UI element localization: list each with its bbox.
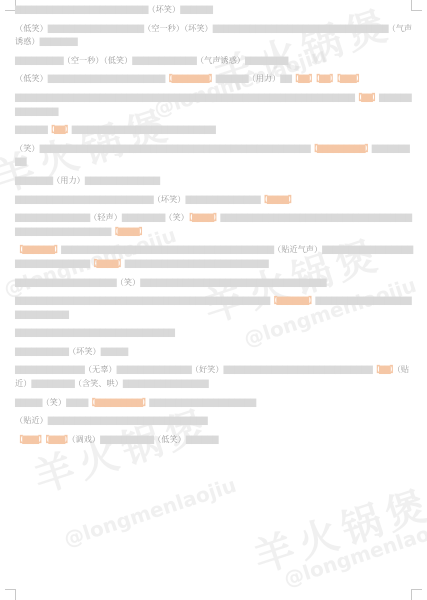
dialogue-line-redacted: ▇▇▇▇▇▇ [216, 73, 248, 83]
stage-direction: （用力） [248, 73, 281, 83]
stage-direction: （笑） [164, 212, 189, 222]
stage-direction: （无辜） [84, 364, 117, 374]
dialogue-line-redacted: ▇▇▇▇▇▇▇▇▇▇▇▇▇ [303, 364, 372, 374]
script-paragraph: ▇▇▇▇▇▇▇▇▇▇▇▇▇▇（轻声）▇▇▇▇▇▇▇▇（笑）【▇▇▇▇】▇▇▇▇▇… [15, 211, 413, 238]
dialogue-line-redacted: ▇▇▇▇▇ [26, 175, 52, 185]
dialogue-line-redacted: ▇▇▇▇▇▇▇▇▇▇▇▇▇▇▇▇▇▇▇▇▇▇▇▇▇ [15, 4, 147, 14]
stage-direction: （坏笑） [68, 346, 101, 356]
stage-direction-redacted: ▇▇ [15, 175, 26, 185]
dialogue-line-redacted: ▇▇▇▇▇ [15, 397, 41, 407]
stage-direction-redacted: ▇▇▇▇ [282, 364, 303, 374]
stage-direction: （气声诱惑） [196, 55, 245, 65]
sound-effect-tag-redacted: 【▇▇▇▇▇▇】 [269, 295, 315, 305]
page-corner-mark [5, 589, 16, 600]
dialogue-line-redacted: ▇▇▇▇▇▇▇▇ [245, 55, 287, 65]
dialogue-line-redacted: ▇▇▇▇▇▇▇▇▇▇▇▇▇▇▇▇▇▇▇▇▇▇▇▇▇▇▇▇▇▇▇▇▇▇▇▇▇▇▇▇… [15, 295, 269, 305]
dialogue-line-redacted: ▇▇▇▇▇▇▇▇▇▇▇▇▇▇▇▇▇▇▇ [15, 277, 116, 287]
stage-direction: （含笑、哄） [74, 378, 123, 388]
dialogue-line-redacted: ▇▇▇▇▇▇▇▇▇ [15, 55, 63, 65]
dialogue-line-redacted: ▇▇▇▇▇▇ [15, 124, 47, 134]
sound-effect-tag-redacted: 【▇▇▇▇▇▇▇▇▇】 [310, 143, 372, 153]
dialogue-line-redacted: ▇▇▇▇▇▇▇▇▇▇▇▇▇▇▇▇▇▇▇ [73, 327, 174, 337]
stage-direction-redacted: ▇▇▇▇ [15, 194, 36, 204]
stage-direction: （笑） [116, 277, 141, 287]
dialogue-line-redacted: ▇▇▇▇▇ [138, 73, 164, 83]
stage-direction: （用力） [52, 175, 85, 185]
sound-effect-tag-redacted: 【▇▇】 [354, 92, 379, 102]
dialogue-line-redacted: ▇▇▇▇▇▇▇▇▇▇▇▇▇▇▇▇▇▇▇▇▇▇▇▇▇▇▇▇▇▇▇▇▇ [213, 23, 388, 33]
stage-direction: （调戏） [71, 434, 100, 444]
stage-direction-redacted: ▇▇▇▇▇▇▇▇ [15, 92, 57, 102]
stage-direction: （坏笑） [153, 194, 186, 204]
stage-direction: （轻声） [89, 212, 122, 222]
sound-effect-tag-redacted: 【▇▇▇▇】 [110, 226, 146, 236]
script-paragraph: ▇▇▇▇▇▇▇▇▇▇▇▇▇▇▇▇▇▇▇▇▇▇▇▇▇▇▇▇▇▇▇▇▇▇▇▇▇▇▇▇… [15, 91, 413, 118]
script-paragraph: （贴近）▇▇▇▇▇▇▇▇▇▇▇▇▇▇▇▇▇▇▇▇▇▇▇▇▇▇▇▇▇▇ [15, 414, 413, 428]
dialogue-line-redacted: ▇▇▇▇▇▇▇▇▇▇▇▇▇▇▇▇▇▇▇▇▇▇▇▇▇▇▇▇▇▇▇▇▇▇▇ [140, 277, 325, 287]
stage-direction-redacted: ▇▇▇▇▇▇ [223, 397, 255, 407]
script-paragraph: ▇▇▇▇▇▇▇▇▇▇▇▇▇▇▇▇▇▇▇▇▇▇▇▇▇▇▇▇▇▇▇▇▇▇▇▇▇▇▇▇… [15, 294, 413, 321]
page-corner-mark [411, 589, 422, 600]
dialogue-line-redacted: ▇▇▇▇ [61, 244, 82, 254]
dialogue-line-redacted: ▇▇▇▇▇▇▇▇▇▇▇▇▇ [15, 364, 84, 374]
dialogue-line-redacted: ▇▇▇▇▇▇▇▇▇▇▇▇▇▇▇▇▇▇▇▇▇▇ [36, 194, 153, 204]
stage-direction-redacted: ▇▇▇▇▇▇ [82, 244, 114, 254]
dialogue-line-redacted: ▇▇▇▇▇▇▇▇▇▇▇▇▇▇▇▇▇▇▇▇▇▇▇▇▇▇▇▇▇▇▇▇▇▇▇▇▇▇▇▇… [57, 92, 354, 102]
dialogue-line-redacted: ▇▇▇▇▇▇▇▇▇▇ [100, 434, 153, 444]
dialogue-line-redacted: ▇▇▇▇▇▇ [186, 434, 218, 444]
stage-direction-redacted: ▇▇ [106, 415, 117, 425]
dialogue-line-redacted: ▇▇▇▇▇▇▇▇▇▇▇▇▇▇ [149, 397, 223, 407]
dialogue-line-redacted: ▇▇▇▇▇▇▇▇▇▇▇ [48, 415, 106, 425]
script-paragraph: ▇▇▇▇▇▇▇▇▇▇▇▇▇▇▇▇▇▇▇（笑）▇▇▇▇▇▇▇▇▇▇▇▇▇▇▇▇▇▇… [15, 276, 413, 290]
sound-effect-tag-redacted: 【▇▇▇▇▇▇▇▇▇】 [87, 397, 149, 407]
stage-direction-redacted: ▇▇▇▇▇▇▇▇▇▇▇▇▇▇ [315, 295, 389, 305]
sound-effect-tag-redacted: 【▇▇▇▇】 [260, 194, 296, 204]
script-paragraph: ▇▇▇▇▇▇▇（用力）▇▇▇▇▇▇▇▇▇▇▇▇▇▇ [15, 174, 413, 188]
sound-effect-tag-redacted: 【▇▇▇▇】 [89, 258, 125, 268]
dialogue-line-redacted: ▇▇▇▇▇▇▇▇▇▇▇▇▇▇▇▇▇▇▇▇▇▇▇▇▇▇▇▇▇▇▇▇▇▇▇▇▇▇▇▇… [40, 143, 278, 153]
dialogue-line-redacted: ▇▇▇▇▇▇▇▇▇▇▇▇▇▇▇▇▇▇▇▇▇▇▇▇▇▇▇ [72, 124, 215, 134]
script-paragraph: ▇▇▇▇▇▇【▇▇】▇▇▇▇▇▇▇▇▇▇▇▇▇▇▇▇▇▇▇▇▇▇▇▇▇▇▇ [15, 123, 413, 137]
dialogue-line-redacted: ▇▇▇▇▇▇▇▇▇▇▇▇▇▇ [85, 175, 159, 185]
watermark: 羊火锅煲 [246, 473, 427, 584]
script-paragraph: （低笑）▇▇▇▇▇▇▇▇▇▇▇▇▇▇▇▇▇▇▇▇▇▇【▇▇▇▇▇▇▇】▇▇▇▇▇… [15, 72, 413, 86]
sound-effect-tag-redacted: 【▇▇▇▇▇▇】 [15, 244, 61, 254]
script-body: ▇▇▇▇▇▇▇▇▇▇▇▇▇▇▇▇▇▇▇▇▇▇▇▇▇（坏笑）▇▇▇▇▇▇（低笑）▇… [15, 3, 413, 451]
watermark: @longmenlaojiu [281, 513, 427, 591]
stage-direction: （笑） [15, 143, 40, 153]
stage-direction: （低笑） [153, 434, 186, 444]
dialogue-line-redacted: ▇▇▇▇▇▇▇▇▇▇ [15, 346, 68, 356]
document-page: 羊火锅煲 羊火锅煲 羊火锅煲 羊火锅煲 羊火锅煲 @longmenlaojiu … [0, 0, 427, 600]
script-paragraph: （低笑）▇▇▇▇▇▇▇▇▇▇▇▇▇▇▇▇▇▇（空一秒）（坏笑）▇▇▇▇▇▇▇▇▇… [15, 22, 413, 49]
stage-direction: （贴近） [15, 415, 48, 425]
dialogue-line-redacted: ▇▇▇▇▇▇▇▇▇ [117, 364, 165, 374]
dialogue-line-redacted: ▇▇▇▇▇▇▇▇▇▇▇▇▇▇ [185, 194, 259, 204]
dialogue-line-redacted: ▇▇▇▇▇ [101, 346, 127, 356]
script-paragraph: ▇▇▇▇▇▇▇▇▇▇▇▇▇▇▇▇▇▇▇▇▇▇▇▇▇（坏笑）▇▇▇▇▇▇ [15, 3, 413, 17]
script-paragraph: ▇▇▇▇▇▇▇▇▇▇▇▇▇▇▇▇▇▇▇▇▇▇▇▇▇▇（坏笑）▇▇▇▇▇▇▇▇▇▇… [15, 193, 413, 207]
stage-direction: （低笑） [15, 73, 48, 83]
sound-effect-tag-redacted: 【▇▇▇】【▇▇▇】 [15, 434, 71, 444]
sound-effect-tag-redacted: 【▇▇】 [372, 364, 397, 374]
stage-direction-redacted: ▇▇▇▇▇▇▇▇▇▇▇ [15, 327, 73, 337]
dialogue-line-redacted: ▇▇▇▇ [66, 397, 87, 407]
dialogue-line-redacted: ▇▇▇▇▇▇▇▇▇▇▇▇▇▇▇▇ [123, 378, 208, 388]
script-paragraph: ▇▇▇▇▇▇▇▇▇▇（坏笑）▇▇▇▇▇ [15, 345, 413, 359]
dialogue-line-redacted: ▇▇▇▇▇▇▇▇▇▇▇▇ [132, 55, 196, 65]
dialogue-line-redacted: ▇▇▇▇▇▇▇ [40, 36, 77, 46]
stage-direction: （好笑） [191, 364, 224, 374]
dialogue-line-redacted: ▇▇▇▇▇▇▇▇▇▇▇▇▇▇ [15, 212, 89, 222]
script-paragraph: 【▇▇▇▇▇▇】▇▇▇▇▇▇▇▇▇▇▇▇▇▇▇▇▇▇▇▇▇▇▇▇▇▇▇▇▇▇▇▇… [15, 243, 413, 270]
dialogue-line-redacted: ▇▇▇▇▇▇▇▇ [31, 378, 73, 388]
sound-effect-tag-redacted: 【▇▇】【▇▇】【▇▇▇】 [291, 73, 363, 83]
sound-effect-tag-redacted: 【▇▇】 [47, 124, 72, 134]
script-paragraph: ▇▇▇▇▇▇▇▇▇▇▇▇▇▇▇▇▇▇▇▇▇▇▇▇▇▇▇▇▇▇ [15, 326, 413, 340]
stage-direction: （低笑） [15, 23, 48, 33]
dialogue-line-redacted: ▇▇▇▇▇▇▇▇▇▇▇▇▇▇▇▇▇▇▇▇▇▇▇▇▇▇▇▇▇▇ [114, 244, 273, 254]
script-paragraph: ▇▇▇▇▇▇▇▇▇（空一秒）（低笑）▇▇▇▇▇▇▇▇▇▇▇▇（气声诱惑）▇▇▇▇… [15, 54, 413, 68]
watermark: @longmenlaojiu [61, 473, 239, 551]
stage-direction-redacted: ▇▇▇▇ [68, 258, 89, 268]
stage-direction-redacted: ▇▇▇▇▇▇ [278, 143, 310, 153]
stage-direction: （笑） [41, 397, 66, 407]
dialogue-line-redacted: ▇▇▇▇▇▇▇▇▇▇▇▇▇▇▇▇▇▇▇▇▇▇▇▇▇▇▇ [125, 258, 268, 268]
stage-direction-emphasis-redacted: ▇▇▇▇▇▇▇▇▇▇▇▇▇▇ [64, 73, 138, 83]
sound-effect-tag-redacted: 【▇▇▇▇】 [189, 212, 220, 222]
dialogue-line-redacted: ▇▇▇▇▇▇▇▇ [122, 212, 164, 222]
dialogue-line-redacted: ▇▇▇ [48, 73, 64, 83]
dialogue-line-redacted: ▇▇ [280, 73, 291, 83]
stage-direction: （空一秒）（低笑） [63, 55, 133, 65]
sound-effect-tag-redacted: 【▇▇▇▇▇▇▇】 [164, 73, 215, 83]
script-paragraph: （笑）▇▇▇▇▇▇▇▇▇▇▇▇▇▇▇▇▇▇▇▇▇▇▇▇▇▇▇▇▇▇▇▇▇▇▇▇▇… [15, 142, 413, 169]
dialogue-line-redacted: ▇▇▇▇▇▇▇▇▇▇▇ [224, 364, 282, 374]
stage-direction-redacted: ▇▇▇▇▇ [164, 364, 190, 374]
dialogue-line-redacted: ▇▇▇▇▇▇ [180, 4, 212, 14]
script-paragraph: 【▇▇▇】【▇▇▇】（调戏）▇▇▇▇▇▇▇▇▇▇（低笑）▇▇▇▇▇▇ [15, 433, 413, 447]
script-paragraph: ▇▇▇▇▇（笑）▇▇▇▇【▇▇▇▇▇▇▇▇▇】▇▇▇▇▇▇▇▇▇▇▇▇▇▇▇▇▇… [15, 396, 413, 410]
stage-direction: （空一秒）（坏笑） [143, 23, 213, 33]
dialogue-line-redacted: ▇▇▇▇▇▇▇▇▇▇▇▇▇▇▇▇▇▇ [48, 23, 143, 33]
script-paragraph: ▇▇▇▇▇▇▇▇▇▇▇▇▇（无辜）▇▇▇▇▇▇▇▇▇▇▇▇▇▇（好笑）▇▇▇▇▇… [15, 363, 413, 390]
dialogue-line-redacted: ▇▇▇▇▇▇▇▇▇▇▇▇▇▇▇▇▇ [117, 415, 207, 425]
stage-direction: （贴近气声） [273, 244, 322, 254]
stage-direction: （坏笑） [147, 4, 180, 14]
